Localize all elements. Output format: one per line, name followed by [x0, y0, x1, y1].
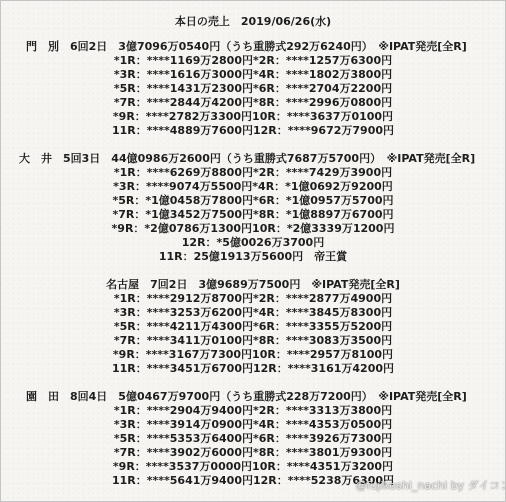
race-row: *3R：****1616万3000円*4R：****1802万3800円	[1, 68, 505, 82]
race-row: *9R：****2782万3300円10R：****3637万0100円	[1, 110, 505, 124]
race-row: *1R：****1169万2800円*2R：****1257万6300円	[1, 54, 505, 68]
race-row: *9R：****3537万0000円10R：****4351万3200円	[1, 460, 505, 474]
venue-header: 園 田 8回4日 5億0467万9700円（うち重勝式228万7200円） ※I…	[1, 390, 505, 404]
race-row: 12R：*5億0026万3700円	[1, 236, 505, 250]
race-row: *5R：****1431万2300円*6R：****2704万2200円	[1, 82, 505, 96]
race-row: *7R：****3411万0100円*8R：****3083万3500円	[1, 334, 505, 348]
race-row: *5R：****4211万4300円*6R：****3355万5200円	[1, 320, 505, 334]
race-row: *9R：*2億0786万1300円10R：*2億3339万1200円	[1, 222, 505, 236]
venue-section-monbetsu: 門 別 6回2日 3億7096万0540円（うち重勝式292万6240円） ※I…	[1, 40, 505, 138]
venue-section-nagoya: 名古屋 7回2日 3億9689万7500円 ※IPAT発売[全R] *1R：**…	[1, 278, 505, 376]
venue-header: 門 別 6回2日 3億7096万0540円（うち重勝式292万6240円） ※I…	[1, 40, 505, 54]
race-row: 11R：25億1913万5600円 帝王賞	[1, 250, 505, 264]
venue-section-oi: 大 井 5回3日 44億0986万2600円（うち重勝式7687万5700円） …	[1, 152, 505, 264]
race-row: *3R：****3253万6200円*4R：****3845万8300円	[1, 306, 505, 320]
race-row: *1R：****2904万9400円*2R：****3313万3800円	[1, 404, 505, 418]
race-row: *7R：*1億3452万7500円*8R：*1億8897万6700円	[1, 208, 505, 222]
race-row: *1R：****6269万8800円*2R：****7429万3900円	[1, 166, 505, 180]
race-row: *3R：****3914万0900円*4R：****4353万0500円	[1, 418, 505, 432]
race-row: 11R：****3451万6700円12R：****3161万4200円	[1, 362, 505, 376]
race-row: *7R：****3902万6000円*8R：****3801万9300円	[1, 446, 505, 460]
race-row: *9R：****3167万7300円10R：****2957万8100円	[1, 348, 505, 362]
watermark: @fujikoshi_nachi by ダイコン	[355, 477, 506, 493]
venue-header: 大 井 5回3日 44億0986万2600円（うち重勝式7687万5700円） …	[1, 152, 505, 166]
race-row: *5R：****5353万6400円*6R：****3926万7300円	[1, 432, 505, 446]
race-row: 11R：****4889万7600円12R：****9672万7900円	[1, 124, 505, 138]
race-row: *1R：****2912万8700円*2R：****2877万4900円	[1, 292, 505, 306]
venue-section-sonoda: 園 田 8回4日 5億0467万9700円（うち重勝式228万7200円） ※I…	[1, 390, 505, 488]
race-row: *5R：*1億0458万7800円*6R：*1億0957万5700円	[1, 194, 505, 208]
report-title: 本日の売上 2019/06/26(水)	[1, 13, 505, 29]
race-row: *3R：****9074万5500円*4R：*1億0692万9200円	[1, 180, 505, 194]
race-row: *7R：****2844万4200円*8R：****2996万0800円	[1, 96, 505, 110]
venue-header: 名古屋 7回2日 3億9689万7500円 ※IPAT発売[全R]	[1, 278, 505, 292]
sales-report-page: 本日の売上 2019/06/26(水) 門 別 6回2日 3億7096万0540…	[0, 0, 506, 502]
